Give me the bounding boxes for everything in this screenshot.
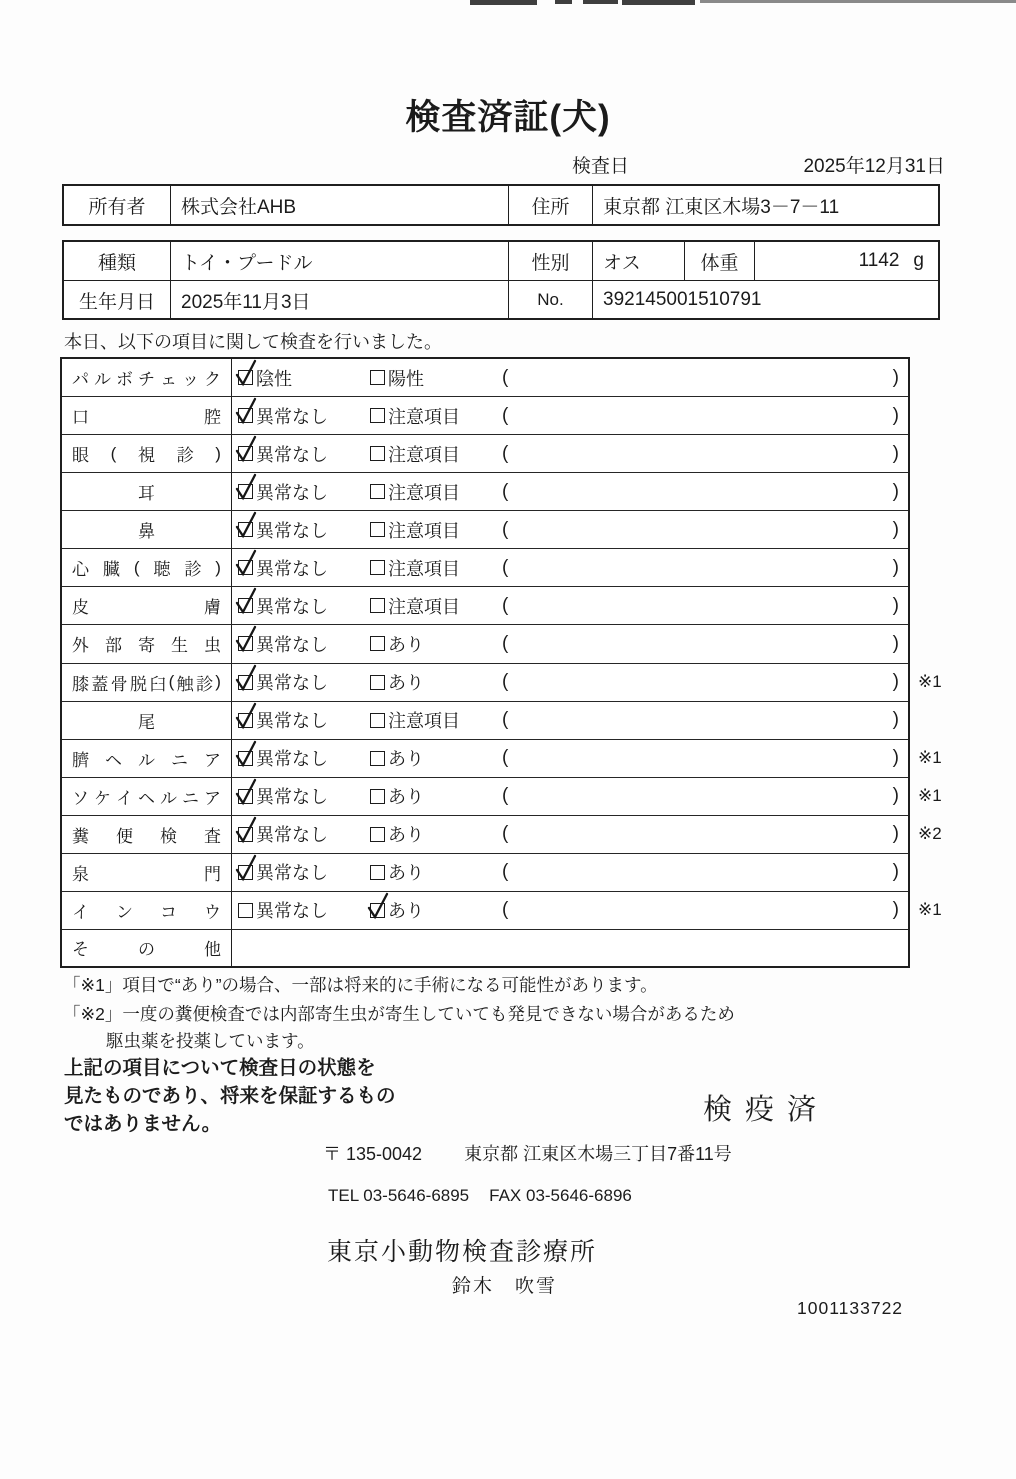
item-label: インコウ	[62, 892, 232, 929]
item-label: 泉門	[62, 854, 232, 891]
scan-artifact-bar	[470, 0, 537, 5]
option-label: 異常なし	[256, 821, 328, 847]
checkbox-checked-icon[interactable]	[238, 827, 253, 842]
checkbox-icon[interactable]	[370, 598, 385, 613]
checklist-option: 注意項目	[370, 555, 502, 581]
checklist-row: 膝蓋骨脱臼(触診) 異常なしあり() ※1	[62, 664, 908, 702]
checkbox-icon[interactable]	[370, 713, 385, 728]
postal-code: 〒 135-0042	[323, 1140, 422, 1166]
checkbox-checked-icon[interactable]	[238, 370, 253, 385]
checklist-option: あり	[370, 783, 502, 809]
scan-artifact-bar	[622, 0, 695, 5]
checklist-option: 異常なし	[238, 897, 370, 923]
no-value: 392145001510791	[592, 281, 938, 319]
paren-open: (	[502, 633, 508, 655]
remarks-field[interactable]: ()	[502, 633, 908, 655]
option-label: あり	[388, 821, 424, 847]
scan-artifact-bar	[583, 0, 618, 4]
checkbox-checked-icon[interactable]	[238, 865, 253, 880]
checklist-row: 糞便検査 異常なしあり() ※2	[62, 816, 908, 854]
remarks-field[interactable]: ()	[502, 519, 908, 541]
item-options: 異常なし注意項目()	[232, 473, 908, 510]
item-label: 心臓(聴診)	[62, 549, 232, 586]
checklist-option: 異常なし	[238, 441, 370, 467]
checklist-row: 外部寄生虫 異常なしあり()	[62, 625, 908, 663]
checklist-option: あり	[370, 821, 502, 847]
paren-close: )	[893, 861, 899, 883]
paren-open: (	[502, 367, 508, 389]
paren-close: )	[893, 709, 899, 731]
handwritten-tick-icon	[234, 586, 258, 616]
checklist-option: 陽性	[370, 365, 502, 391]
checkbox-checked-icon[interactable]	[238, 484, 253, 499]
footnote-1: 「※1」項目で“あり”の場合、一部は将来的に手術になる可能性があります。	[63, 972, 658, 997]
checklist-option: 異常なし	[238, 403, 370, 429]
row-note: ※1	[918, 672, 942, 692]
checklist-row: ソケイヘルニア 異常なしあり() ※1	[62, 778, 908, 816]
option-label: 異常なし	[256, 707, 328, 733]
paren-close: )	[893, 405, 899, 427]
clinic-address: 東京都 江東区木場三丁目7番11号	[464, 1140, 732, 1166]
remarks-field[interactable]: ()	[502, 367, 908, 389]
checkbox-icon[interactable]	[370, 408, 385, 423]
birthdate-label: 生年月日	[64, 281, 170, 319]
checkbox-icon[interactable]	[370, 865, 385, 880]
paren-close: )	[893, 785, 899, 807]
paren-open: (	[502, 899, 508, 921]
paren-open: (	[502, 709, 508, 731]
checklist-row: その他	[62, 930, 908, 966]
owner-table: 所有者 株式会社AHB 住所 東京都 江東区木場3－7－11	[62, 184, 940, 226]
checklist-option: 異常なし	[238, 669, 370, 695]
remarks-field[interactable]: ()	[502, 481, 908, 503]
owner-value: 株式会社AHB	[170, 186, 508, 224]
checklist-row: パルボチェック 陰性陽性()	[62, 359, 908, 397]
checklist-option: 注意項目	[370, 707, 502, 733]
scan-artifact-bar	[700, 0, 1016, 3]
checkbox-checked-icon[interactable]	[238, 675, 253, 690]
checkbox-icon[interactable]	[370, 827, 385, 842]
row-note: ※1	[918, 748, 942, 768]
checkbox-icon[interactable]	[370, 751, 385, 766]
disclaimer-line: ではありません。	[64, 1110, 396, 1138]
page-title: 検査済証(犬)	[0, 90, 1016, 140]
checkbox-checked-icon[interactable]	[238, 446, 253, 461]
inspection-date-value: 2025年12月31日	[740, 151, 945, 178]
item-label: 臍ヘルニア	[62, 740, 232, 777]
footnote-2: 「※2」一度の糞便検査では内部寄生虫が寄生していても発見できない場合があるため	[63, 1001, 735, 1026]
checklist-option: 注意項目	[370, 517, 502, 543]
checklist-row: 臍ヘルニア 異常なしあり() ※1	[62, 740, 908, 778]
handwritten-tick-icon	[234, 853, 258, 883]
option-label: 異常なし	[256, 745, 328, 771]
option-label: 異常なし	[256, 669, 328, 695]
checkbox-icon[interactable]	[370, 675, 385, 690]
remarks-field[interactable]: ()	[502, 671, 908, 693]
checkbox-icon[interactable]	[370, 560, 385, 575]
checklist-row: 耳 異常なし注意項目()	[62, 473, 908, 511]
item-label: 口腔	[62, 397, 232, 434]
item-options	[232, 930, 908, 966]
paren-close: )	[893, 481, 899, 503]
examiner-name: 鈴木 吹雪	[452, 1271, 557, 1298]
handwritten-tick-icon	[234, 434, 258, 464]
checkbox-icon[interactable]	[370, 446, 385, 461]
option-label: 注意項目	[388, 479, 460, 505]
clinic-fax: FAX 03-5646-6896	[489, 1186, 632, 1206]
handwritten-tick-icon	[234, 510, 258, 540]
paren-open: (	[502, 861, 508, 883]
option-label: 異常なし	[256, 631, 328, 657]
paren-open: (	[502, 823, 508, 845]
item-options: 異常なしあり()	[232, 740, 908, 777]
breed-value: トイ・プードル	[170, 242, 508, 280]
paren-open: (	[502, 519, 508, 541]
checkbox-icon[interactable]	[238, 903, 253, 918]
option-label: 注意項目	[388, 707, 460, 733]
checklist-option: あり	[370, 859, 502, 885]
item-options: 異常なし注意項目()	[232, 397, 908, 434]
option-label: あり	[388, 745, 424, 771]
checkbox-checked-icon[interactable]	[238, 789, 253, 804]
item-label: 尾	[62, 702, 232, 739]
remarks-field[interactable]: ()	[502, 405, 908, 427]
option-label: 異常なし	[256, 783, 328, 809]
paren-close: )	[893, 595, 899, 617]
paren-close: )	[893, 367, 899, 389]
sex-label: 性別	[508, 242, 592, 280]
item-options: 異常なしあり()	[232, 816, 908, 853]
checklist-row: 眼(視診) 異常なし注意項目()	[62, 435, 908, 473]
weight-unit: g	[913, 250, 924, 272]
checklist-row: 心臓(聴診) 異常なし注意項目()	[62, 549, 908, 587]
item-options: 異常なし注意項目()	[232, 549, 908, 586]
remarks-field[interactable]: ()	[502, 899, 908, 921]
paren-close: )	[893, 443, 899, 465]
checklist-row: 皮膚 異常なし注意項目()	[62, 587, 908, 625]
handwritten-tick-icon	[234, 358, 258, 388]
option-label: 異常なし	[256, 403, 328, 429]
option-label: 注意項目	[388, 593, 460, 619]
option-label: あり	[388, 897, 424, 923]
option-label: 異常なし	[256, 555, 328, 581]
paren-open: (	[502, 747, 508, 769]
option-label: 注意項目	[388, 517, 460, 543]
disclaimer-statement: 上記の項目について検査日の状態を 見たものであり、将来を保証するもの ではありま…	[64, 1054, 396, 1138]
item-label: 眼(視診)	[62, 435, 232, 472]
handwritten-tick-icon	[234, 548, 258, 578]
paren-open: (	[502, 481, 508, 503]
remarks-field[interactable]: ()	[502, 557, 908, 579]
item-options: 異常なしあり()	[232, 854, 908, 891]
checklist-option: 異常なし	[238, 593, 370, 619]
checklist-option: 異常なし	[238, 517, 370, 543]
option-label: 異常なし	[256, 859, 328, 885]
sex-value: オス	[592, 242, 684, 280]
remarks-field[interactable]: ()	[502, 709, 908, 731]
item-label: 耳	[62, 473, 232, 510]
item-options: 異常なしあり()	[232, 625, 908, 662]
checklist-option: 注意項目	[370, 593, 502, 619]
handwritten-tick-icon	[234, 701, 258, 731]
remarks-field[interactable]: ()	[502, 861, 908, 883]
checklist-body: パルボチェック 陰性陽性() 口腔 異常なし注意項目() 眼(視診) 異常なし注…	[60, 357, 910, 968]
document-serial-number: 1001133722	[797, 1298, 903, 1319]
paren-open: (	[502, 405, 508, 427]
paren-open: (	[502, 671, 508, 693]
option-label: 注意項目	[388, 555, 460, 581]
address-value: 東京都 江東区木場3－7－11	[592, 186, 938, 224]
checklist-option: 異常なし	[238, 745, 370, 771]
checklist-option: 注意項目	[370, 403, 502, 429]
paren-close: )	[893, 519, 899, 541]
option-label: 注意項目	[388, 441, 460, 467]
item-label: その他	[62, 930, 232, 966]
weight-value: 1142 g	[754, 242, 938, 280]
checklist-option: あり	[370, 631, 502, 657]
birthdate-value: 2025年11月3日	[170, 281, 508, 319]
checklist-option: 異常なし	[238, 821, 370, 847]
checkbox-checked-icon[interactable]	[238, 636, 253, 651]
item-label: 膝蓋骨脱臼(触診)	[62, 664, 232, 701]
certificate-page: 検査済証(犬) 検査日 2025年12月31日 所有者 株式会社AHB 住所 東…	[0, 0, 1016, 1479]
checklist-option: 異常なし	[238, 479, 370, 505]
handwritten-tick-icon	[234, 739, 258, 769]
checkbox-checked-icon[interactable]	[370, 903, 385, 918]
option-label: 異常なし	[256, 517, 328, 543]
paren-open: (	[502, 785, 508, 807]
owner-label: 所有者	[64, 186, 170, 224]
item-label: 糞便検査	[62, 816, 232, 853]
item-options: 異常なし注意項目()	[232, 435, 908, 472]
checklist-option: あり	[370, 745, 502, 771]
remarks-field[interactable]: ()	[502, 785, 908, 807]
weight-label: 体重	[684, 242, 754, 280]
item-options: 異常なし注意項目()	[232, 702, 908, 739]
checkbox-checked-icon[interactable]	[238, 560, 253, 575]
checkbox-icon[interactable]	[370, 636, 385, 651]
item-options: 異常なし注意項目()	[232, 511, 908, 548]
checklist-option: 異常なし	[238, 631, 370, 657]
checkbox-checked-icon[interactable]	[238, 522, 253, 537]
handwritten-tick-icon	[234, 777, 258, 807]
handwritten-tick-icon	[234, 472, 258, 502]
checklist-option: 陰性	[238, 365, 370, 391]
item-label: 皮膚	[62, 587, 232, 624]
handwritten-tick-icon	[234, 396, 258, 426]
checklist-option: 異常なし	[238, 707, 370, 733]
checkbox-icon[interactable]	[370, 484, 385, 499]
checkbox-checked-icon[interactable]	[238, 408, 253, 423]
paren-close: )	[893, 899, 899, 921]
item-label: 外部寄生虫	[62, 625, 232, 662]
paren-close: )	[893, 823, 899, 845]
paren-open: (	[502, 557, 508, 579]
clinic-postal-row: 〒 135-0042 東京都 江東区木場三丁目7番11号	[323, 1140, 732, 1166]
item-options: 異常なしあり()	[232, 892, 908, 929]
option-label: あり	[388, 783, 424, 809]
clinic-tel: TEL 03-5646-6895	[328, 1186, 469, 1206]
paren-close: )	[893, 633, 899, 655]
clinic-name: 東京小動物検査診療所	[327, 1232, 597, 1268]
handwritten-tick-icon	[366, 891, 390, 921]
remarks-field[interactable]: ()	[502, 443, 908, 465]
item-options: 異常なしあり()	[232, 664, 908, 701]
checklist-row: 泉門 異常なしあり()	[62, 854, 908, 892]
checklist-option: 注意項目	[370, 441, 502, 467]
no-label: No.	[508, 281, 592, 319]
row-note: ※2	[918, 824, 942, 844]
clinic-tel-row: TEL 03-5646-6895 FAX 03-5646-6896	[328, 1186, 632, 1206]
weight-number: 1142	[859, 250, 900, 272]
handwritten-tick-icon	[234, 815, 258, 845]
paren-open: (	[502, 595, 508, 617]
item-label: 鼻	[62, 511, 232, 548]
option-label: あり	[388, 631, 424, 657]
option-label: 異常なし	[256, 897, 328, 923]
paren-open: (	[502, 443, 508, 465]
option-label: 陽性	[388, 365, 424, 391]
option-label: あり	[388, 669, 424, 695]
remarks-field[interactable]: ()	[502, 595, 908, 617]
item-label: パルボチェック	[62, 359, 232, 396]
paren-close: )	[893, 671, 899, 693]
inspection-date-label: 検査日	[572, 151, 629, 178]
disclaimer-line: 見たものであり、将来を保証するもの	[64, 1082, 396, 1110]
checklist-option: 注意項目	[370, 479, 502, 505]
handwritten-tick-icon	[234, 663, 258, 693]
address-label: 住所	[508, 186, 592, 224]
checklist-row: 口腔 異常なし注意項目()	[62, 397, 908, 435]
quarantine-passed-stamp: 検疫済	[703, 1087, 829, 1128]
checkbox-icon[interactable]	[370, 789, 385, 804]
breed-label: 種類	[64, 242, 170, 280]
option-label: 異常なし	[256, 479, 328, 505]
paren-close: )	[893, 557, 899, 579]
item-options: 異常なし注意項目()	[232, 587, 908, 624]
checklist-option: 異常なし	[238, 555, 370, 581]
checklist-row: インコウ 異常なしあり() ※1	[62, 892, 908, 930]
remarks-field[interactable]: ()	[502, 823, 908, 845]
item-options: 異常なしあり()	[232, 778, 908, 815]
scan-artifact-bar	[555, 0, 572, 4]
handwritten-tick-icon	[234, 624, 258, 654]
option-label: 陰性	[256, 365, 292, 391]
checklist-option: あり	[370, 897, 502, 923]
option-label: 注意項目	[388, 403, 460, 429]
option-label: 異常なし	[256, 593, 328, 619]
checklist-option: 異常なし	[238, 859, 370, 885]
item-options: 陰性陽性()	[232, 359, 908, 396]
intro-sentence: 本日、以下の項目に関して検査を行いました。	[64, 328, 442, 354]
checkbox-checked-icon[interactable]	[238, 713, 253, 728]
checklist-option: 異常なし	[238, 783, 370, 809]
checklist-option: あり	[370, 669, 502, 695]
option-label: あり	[388, 859, 424, 885]
checkbox-icon[interactable]	[370, 370, 385, 385]
disclaimer-line: 上記の項目について検査日の状態を	[64, 1054, 396, 1082]
dog-info-table: 種類 トイ・プードル 性別 オス 体重 1142 g 生年月日 2025年11月…	[62, 240, 940, 320]
checkbox-icon[interactable]	[370, 522, 385, 537]
row-note: ※1	[918, 900, 942, 920]
checkbox-checked-icon[interactable]	[238, 598, 253, 613]
footnote-2-continued: 駆虫薬を投薬しています。	[106, 1028, 315, 1053]
paren-close: )	[893, 747, 899, 769]
item-label: ソケイヘルニア	[62, 778, 232, 815]
checkbox-checked-icon[interactable]	[238, 751, 253, 766]
row-note: ※1	[918, 786, 942, 806]
checklist-row: 尾 異常なし注意項目()	[62, 702, 908, 740]
remarks-field[interactable]: ()	[502, 747, 908, 769]
option-label: 異常なし	[256, 441, 328, 467]
checklist-row: 鼻 異常なし注意項目()	[62, 511, 908, 549]
